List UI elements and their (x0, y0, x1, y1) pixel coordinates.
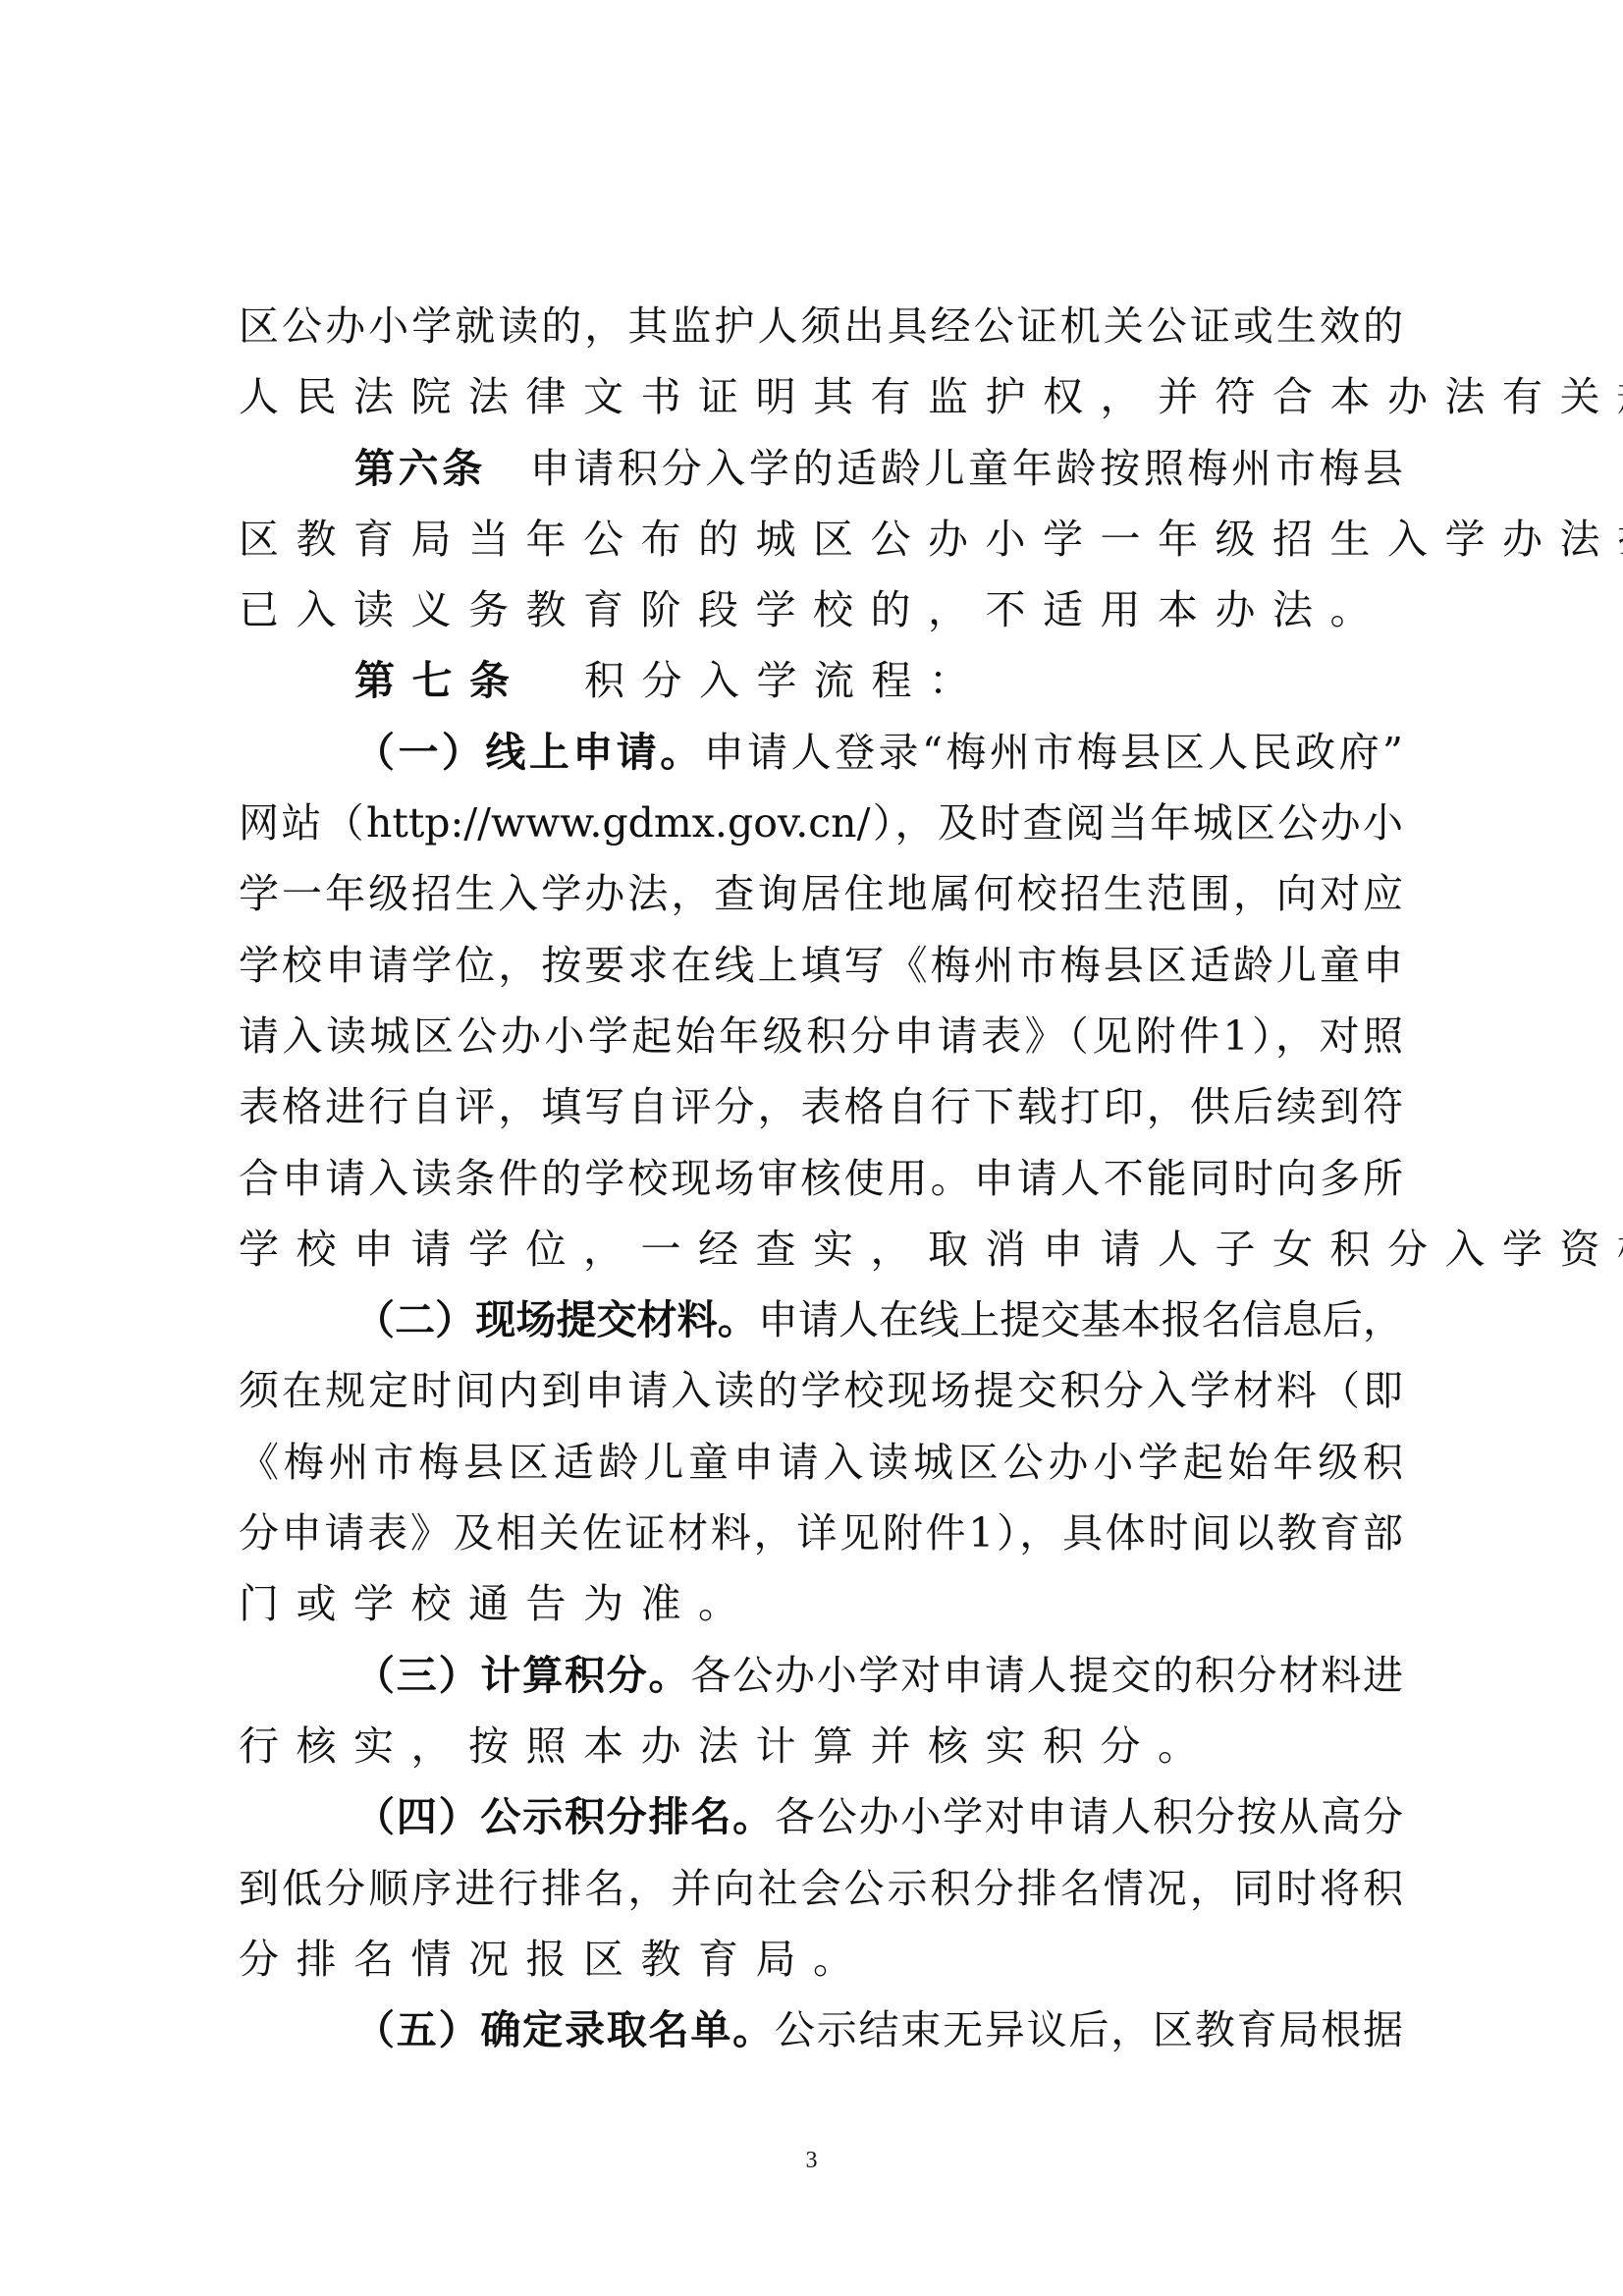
text-line: 合申请入读条件的学校现场审核使用。申请人不能同时向多所 (239, 1147, 1403, 1218)
text-line: 分申请表》及相关佐证材料，详见附件1），具体时间以教育部 (239, 1502, 1403, 1572)
text-line: 学校申请学位，一经查实，取消申请人子女积分入学资格。 (239, 1218, 1403, 1288)
article-7-label: 第七条 (354, 657, 527, 704)
step-5-label: （五）确定录取名单。 (354, 2006, 775, 2053)
text-line: 人民法院法律文书证明其有监护权，并符合本办法有关规定。 (239, 365, 1403, 436)
text-line: 表格进行自评，填写自评分，表格自行下载打印，供后续到符 (239, 1075, 1403, 1146)
text-line: 网站（http://www.gdmx.gov.cn/），及时查阅当年城区公办小 (239, 792, 1403, 862)
document-page: 区公办小学就读的，其监护人须出具经公证机关公证或生效的 人民法院法律文书证明其有… (0, 0, 1623, 2296)
text-line: 分排名情况报区教育局。 (239, 1928, 1403, 1998)
page-number: 3 (0, 2148, 1623, 2174)
step-3-label: （三）计算积分。 (354, 1652, 690, 1699)
step-4-line: （四）公示积分排名。各公办小学对申请人积分按从高分 (239, 1785, 1403, 1856)
text-line: 区教育局当年公布的城区公办小学一年级招生入学办法执行。 (239, 508, 1403, 578)
text-line: 门或学校通告为准。 (239, 1572, 1403, 1643)
text-line: 请入读城区公办小学起始年级积分申请表》（见附件1），对照 (239, 1005, 1403, 1075)
text-line: 行核实，按照本办法计算并核实积分。 (239, 1715, 1403, 1785)
text-line: 学一年级招生入学办法，查询居住地属何校招生范围，向对应 (239, 862, 1403, 933)
text-line: 区公办小学就读的，其监护人须出具经公证机关公证或生效的 (239, 295, 1403, 365)
text-line: 到低分顺序进行排名，并向社会公示积分排名情况，同时将积 (239, 1857, 1403, 1928)
step-2-line: （二）现场提交材料。申请人在线上提交基本报名信息后， (239, 1288, 1403, 1359)
article-6-heading-line: 第六条 申请积分入学的适龄儿童年龄按照梅州市梅县 (239, 437, 1403, 508)
step-2-label: （二）现场提交材料。 (354, 1296, 758, 1343)
step-5-line: （五）确定录取名单。公示结束无异议后，区教育局根据 (239, 1998, 1403, 2069)
article-7-heading-line: 第七条 积分入学流程： (239, 649, 1403, 720)
step-4-label: （四）公示积分排名。 (354, 1793, 775, 1840)
step-3-line: （三）计算积分。各公办小学对申请人提交的积分材料进 (239, 1644, 1403, 1715)
step-1-label: （一）线上申请。 (354, 729, 704, 776)
body-text: 区公办小学就读的，其监护人须出具经公证机关公证或生效的 人民法院法律文书证明其有… (239, 295, 1403, 2069)
text-line: 学校申请学位，按要求在线上填写《梅州市梅县区适龄儿童申 (239, 934, 1403, 1005)
text-line: 须在规定时间内到申请入读的学校现场提交积分入学材料（即 (239, 1359, 1403, 1430)
text-line: 《梅州市梅县区适龄儿童申请入读城区公办小学起始年级积 (239, 1431, 1403, 1502)
text-line: 已入读义务教育阶段学校的，不适用本办法。 (239, 578, 1403, 649)
step-1-line: （一）线上申请。申请人登录“梅州市梅县区人民政府” (239, 721, 1403, 792)
article-6-label: 第六条 (354, 445, 486, 492)
